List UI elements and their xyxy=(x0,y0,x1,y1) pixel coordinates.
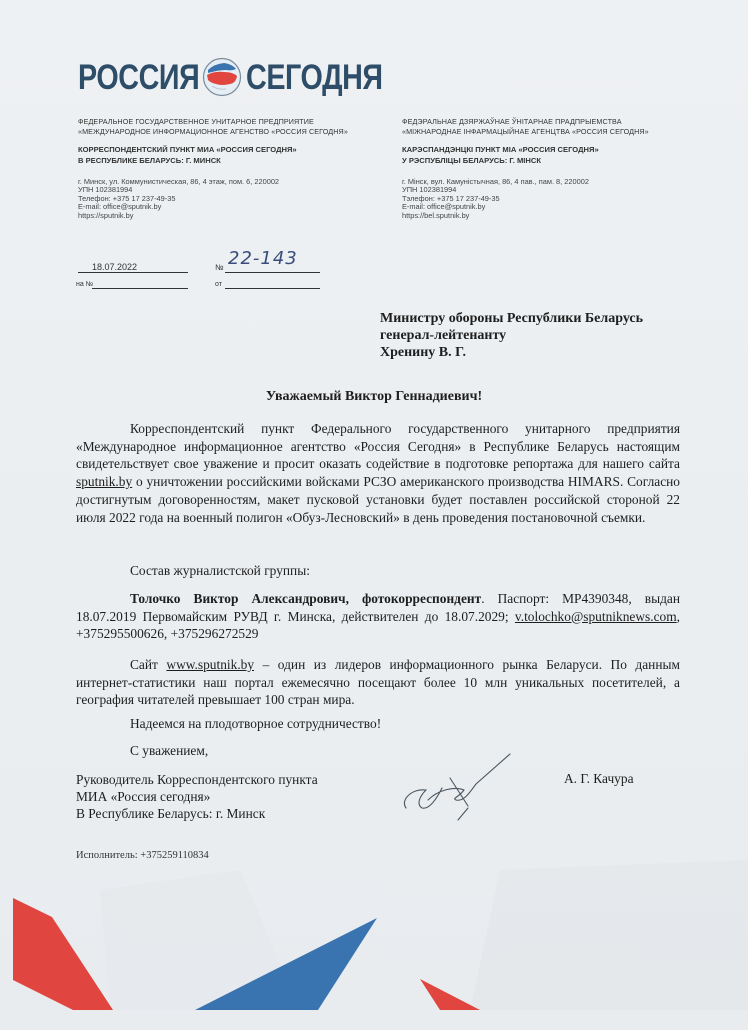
number-underline xyxy=(225,272,320,273)
regards: С уважением, xyxy=(76,742,680,760)
globe-russia-icon xyxy=(202,57,242,97)
letter-page: РОССИЯ СЕГОДНЯ ФЕДЕРАЛЬНОЕ ГОСУДАРСТВЕНН… xyxy=(0,0,748,1030)
paragraph-team-member: Толочко Виктор Александрович, фотокоррес… xyxy=(76,590,680,643)
org-name-line: ФЕДЕРАЛЬНОЕ ГОСУДАРСТВЕННОЕ УНИТАРНОЕ ПР… xyxy=(78,117,388,127)
text: Сайт xyxy=(130,657,166,672)
member-name: Толочко Виктор Александрович, фотокоррес… xyxy=(130,591,481,606)
reply-to-underline xyxy=(92,288,188,289)
paragraph-team-heading: Состав журналистской группы: xyxy=(76,562,680,580)
salutation: Уважаемый Виктор Геннадиевич! xyxy=(0,389,748,405)
letter-number: 22-143 xyxy=(228,248,298,269)
decorative-shapes xyxy=(0,860,748,1030)
date-underline xyxy=(78,272,188,273)
contacts: г. Минск, ул. Коммунистическая, 86, 4 эт… xyxy=(78,178,388,220)
reply-to-label: на № xyxy=(76,281,93,288)
letter-date: 18.07.2022 xyxy=(92,262,137,272)
sputnik-link[interactable]: sputnik.by xyxy=(76,474,132,489)
signer-org: МИА «Россия сегодня» xyxy=(76,788,318,805)
number-label: № xyxy=(215,263,224,272)
bureau-location: В РЕСПУБЛИКЕ БЕЛАРУСЬ: Г. МИНСК xyxy=(78,155,388,166)
handwritten-signature-icon xyxy=(398,748,518,828)
logo-word-russia: РОССИЯ xyxy=(78,60,176,95)
bureau-location: У РЭСПУБЛІЦЫ БЕЛАРУСЬ: Г. МІНСК xyxy=(402,155,712,166)
addressee-name: Хренину В. Г. xyxy=(380,344,680,361)
sputnik-site-link[interactable]: www.sputnik.by xyxy=(166,657,254,672)
member-email-link[interactable]: v.tolochko@sputniknews.com xyxy=(515,609,677,624)
org-name-line: «МІЖНАРОДНАЕ ІНФАРМАЦЫЙНАЕ АГЕНЦТВА «РОС… xyxy=(402,127,712,137)
red-shape-left xyxy=(13,898,113,1010)
from-label: от xyxy=(215,281,222,288)
org-name-line: ФЕДЭРАЛЬНАЕ ДЗЯРЖАЎНАЕ ЎНІТАРНАЕ ПРАДПРЫ… xyxy=(402,117,712,127)
from-underline xyxy=(225,288,320,289)
text: Корреспондентский пункт Федерального гос… xyxy=(76,421,680,471)
addressee: Министру обороны Республики Беларусь ген… xyxy=(380,310,680,361)
logo-word-today: СЕГОДНЯ xyxy=(246,60,383,95)
website: https://bel.sputnik.by xyxy=(402,212,712,220)
signer-location: В Республике Беларусь: г. Минск xyxy=(76,805,318,822)
org-name-line: «МЕЖДУНАРОДНОЕ ИНФОРМАЦИОННОЕ АГЕНСТВО «… xyxy=(78,127,388,137)
website: https://sputnik.by xyxy=(78,212,388,220)
logo: РОССИЯ СЕГОДНЯ xyxy=(78,52,413,102)
addressee-title: Министру обороны Республики Беларусь xyxy=(380,310,680,327)
bureau-name: КОРРЕСПОНДЕНТСКИЙ ПУНКТ МИА «РОССИЯ СЕГО… xyxy=(78,144,388,155)
letterhead-russian: ФЕДЕРАЛЬНОЕ ГОСУДАРСТВЕННОЕ УНИТАРНОЕ ПР… xyxy=(78,117,388,220)
addressee-rank: генерал-лейтенанту xyxy=(380,327,680,344)
text: о уничтожении российскими войсками РСЗО … xyxy=(76,474,680,524)
contacts: г. Мінск, вул. Камуністычная, 86, 4 пав.… xyxy=(402,178,712,220)
paragraph-about-site: Сайт www.sputnik.by – один из лидеров ин… xyxy=(76,656,680,709)
bureau-name: КАРЭСПАНДЭНЦКІ ПУНКТ МІА «РОССИЯ СЕГОДНЯ… xyxy=(402,144,712,155)
signer-title-block: Руководитель Корреспондентского пункта М… xyxy=(76,771,318,822)
paragraph-closing: Надеемся на плодотворное сотрудничество! xyxy=(76,715,680,733)
signer-name: А. Г. Качура xyxy=(564,771,634,787)
paragraph-request: Корреспондентский пункт Федерального гос… xyxy=(76,420,680,526)
letterhead-belarusian: ФЕДЭРАЛЬНАЕ ДЗЯРЖАЎНАЕ ЎНІТАРНАЕ ПРАДПРЫ… xyxy=(402,117,712,220)
signer-position: Руководитель Корреспондентского пункта xyxy=(76,771,318,788)
